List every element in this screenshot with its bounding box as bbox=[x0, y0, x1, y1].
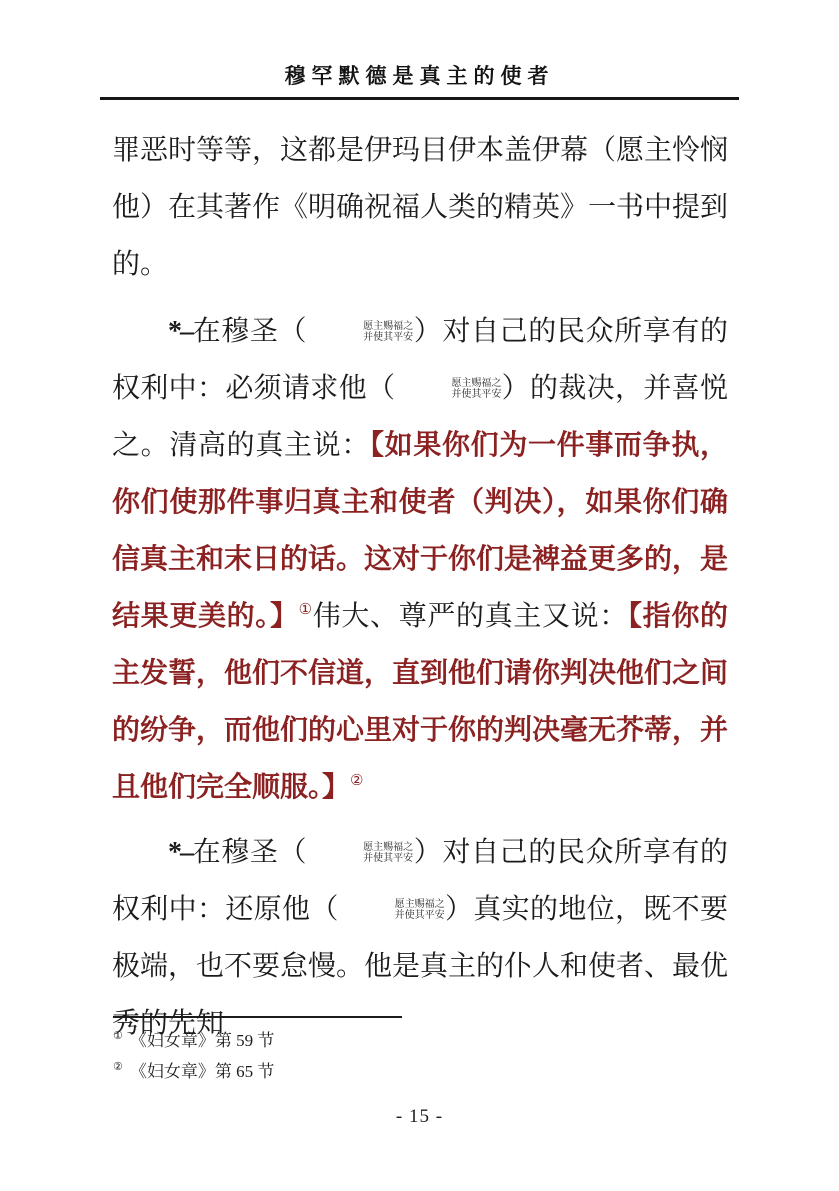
text-run: 罪恶时等等，这都是伊玛目伊本盖伊幕（愿主怜悯他）在其著作《明确祝福人类的精英》一… bbox=[112, 135, 728, 280]
paragraph-right-judgement: *–在穆圣（愿主赐福之并使其平安）对自己的民众所享有的权利中：必须请求他（愿主赐… bbox=[112, 303, 728, 816]
close-paren: ） bbox=[413, 316, 442, 347]
blessing-line-1: 愿主赐福之 bbox=[307, 842, 413, 853]
page-header-title: 穆罕默德是真主的使者 bbox=[100, 60, 739, 90]
footnote-ref-2: ② bbox=[350, 773, 363, 789]
footnote-2-text: 《妇女章》第 65 节 bbox=[130, 1062, 275, 1081]
close-paren: ） bbox=[501, 373, 530, 404]
footnote-1-text: 《妇女章》第 59 节 bbox=[130, 1031, 275, 1050]
blessing-line-2: 并使其平安 bbox=[307, 853, 413, 864]
footnotes-block: ①《妇女章》第 59 节 ②《妇女章》第 65 节 bbox=[113, 1023, 613, 1085]
blessing-parenthetical: （愿主赐福之并使其平安） bbox=[279, 837, 443, 868]
open-paren: （ bbox=[279, 316, 308, 347]
blessing-stack: 愿主赐福之并使其平安 bbox=[307, 321, 413, 343]
close-paren: ） bbox=[445, 894, 474, 925]
bullet-marker: *– bbox=[168, 316, 192, 347]
paragraph-continuation: 罪恶时等等，这都是伊玛目伊本盖伊幕（愿主怜悯他）在其著作《明确祝福人类的精英》一… bbox=[112, 122, 728, 293]
blessing-stack: 愿主赐福之并使其平安 bbox=[395, 378, 501, 400]
blessing-line-1: 愿主赐福之 bbox=[307, 321, 413, 332]
blessing-parenthetical: （愿主赐福之并使其平安） bbox=[279, 316, 443, 347]
bullet-marker: *– bbox=[168, 837, 192, 868]
body-text: 罪恶时等等，这都是伊玛目伊本盖伊幕（愿主怜悯他）在其著作《明确祝福人类的精英》一… bbox=[112, 122, 728, 1052]
open-paren: （ bbox=[279, 837, 308, 868]
text-run: 在穆圣 bbox=[192, 837, 279, 868]
footnote-2-marker: ② bbox=[113, 1061, 123, 1073]
blessing-line-2: 并使其平安 bbox=[339, 910, 445, 921]
open-paren: （ bbox=[367, 373, 395, 404]
blessing-line-1: 愿主赐福之 bbox=[339, 899, 445, 910]
footnote-1-marker: ① bbox=[113, 1030, 123, 1042]
blessing-line-2: 并使其平安 bbox=[307, 332, 413, 343]
text-run: 伟大、尊严的真主又说： bbox=[313, 601, 628, 632]
page-header: 穆罕默德是真主的使者 bbox=[100, 60, 739, 100]
blessing-stack: 愿主赐福之并使其平安 bbox=[339, 899, 445, 921]
blessing-parenthetical: （愿主赐福之并使其平安） bbox=[310, 894, 473, 925]
blessing-line-2: 并使其平安 bbox=[395, 389, 501, 400]
close-paren: ） bbox=[413, 837, 442, 868]
footnote-ref-1: ① bbox=[299, 602, 313, 618]
footnote-1: ①《妇女章》第 59 节 bbox=[113, 1023, 613, 1054]
page-number: - 15 - bbox=[0, 1106, 839, 1128]
document-page: 穆罕默德是真主的使者 罪恶时等等，这都是伊玛目伊本盖伊幕（愿主怜悯他）在其著作《… bbox=[0, 0, 839, 1191]
blessing-parenthetical: （愿主赐福之并使其平安） bbox=[367, 373, 530, 404]
text-run: 在穆圣 bbox=[192, 316, 279, 347]
header-rule bbox=[100, 97, 739, 100]
blessing-line-1: 愿主赐福之 bbox=[395, 378, 501, 389]
open-paren: （ bbox=[310, 894, 338, 925]
footnote-2: ②《妇女章》第 65 节 bbox=[113, 1054, 613, 1085]
footnote-separator bbox=[113, 1016, 402, 1018]
blessing-stack: 愿主赐福之并使其平安 bbox=[307, 842, 413, 864]
